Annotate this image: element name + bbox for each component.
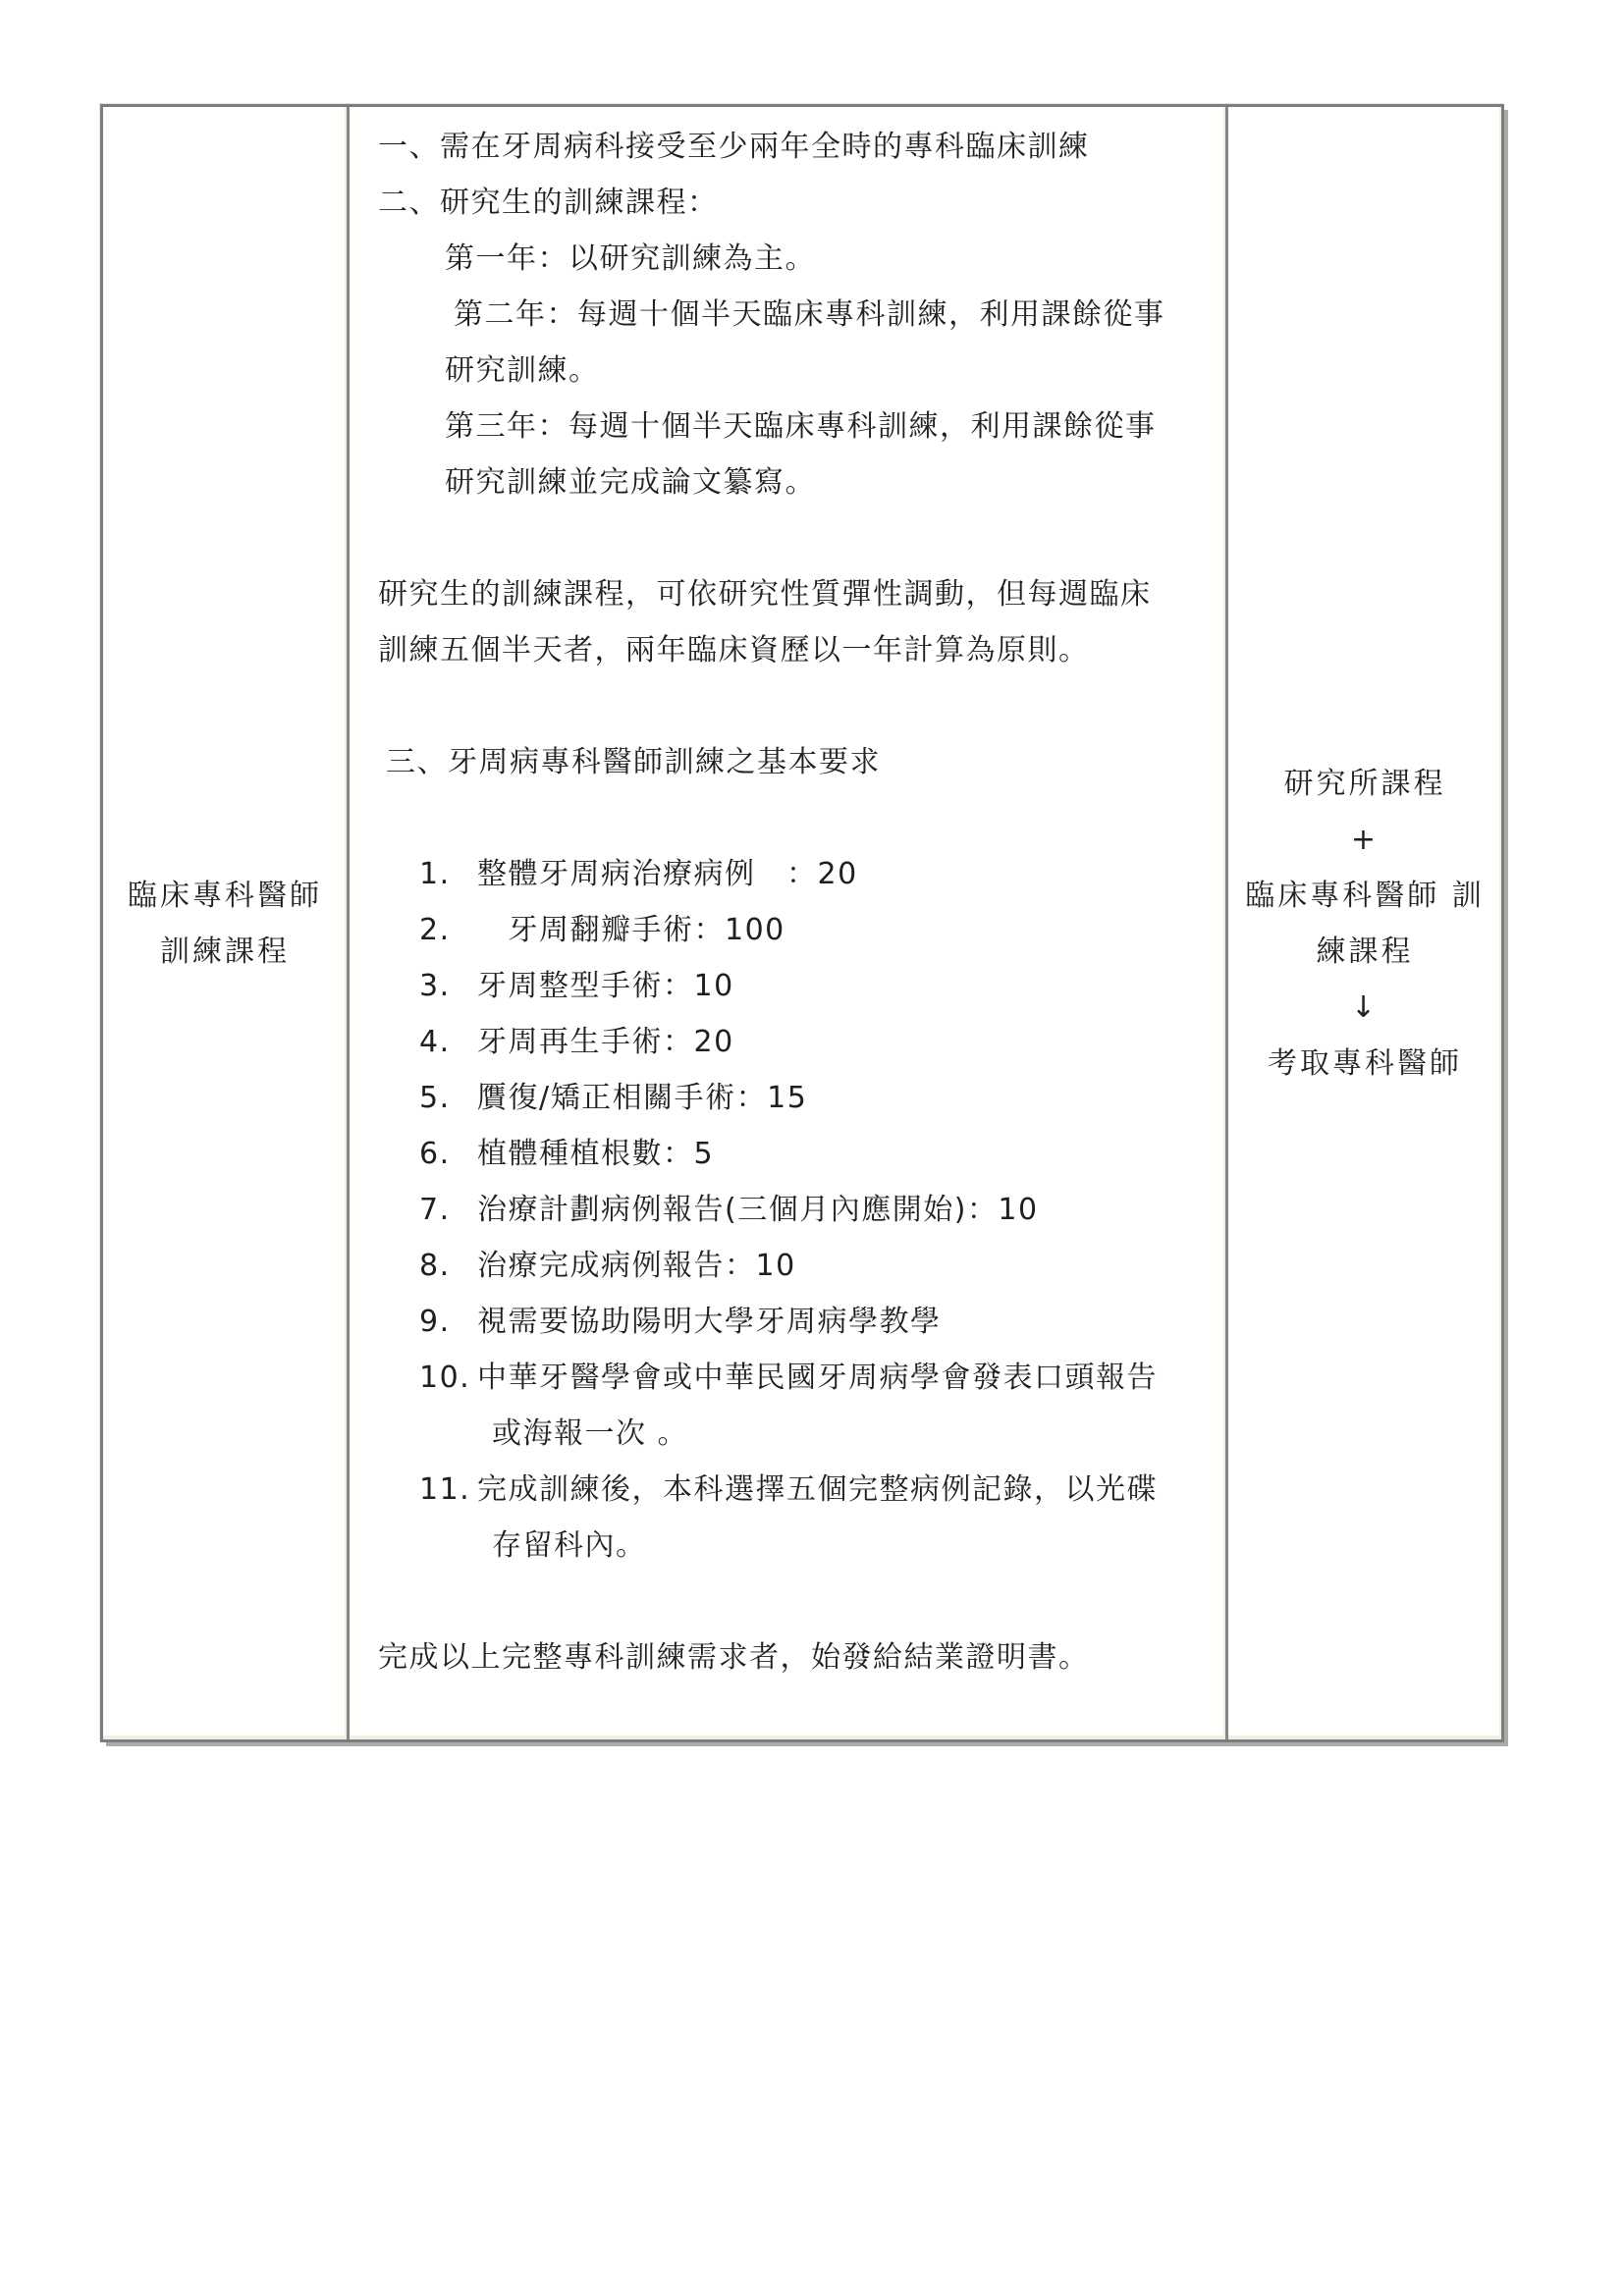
list-item-text: 牙周再生手術：20 xyxy=(477,1014,734,1070)
requirement-item: 8. 治療完成病例報告：10 xyxy=(419,1238,1225,1294)
requirement-item: 6. 植體種植根數：5 xyxy=(419,1126,1225,1182)
list-item-text: 中華牙醫學會或中華民國牙周病學會發表口頭報告 xyxy=(477,1350,1158,1406)
spacer xyxy=(350,790,1225,846)
requirement-item: 1. 整體牙周病治療病例 ：20 xyxy=(419,846,1225,902)
completion-note: 完成以上完整專科訓練需求者，始發給結業證明書。 xyxy=(378,1629,1225,1685)
list-item-number: 6. xyxy=(419,1126,477,1182)
course-name-cell: 臨床專科醫師 訓練課程 xyxy=(103,107,350,1739)
requirement-item-continuation: 或海報一次 。 xyxy=(492,1406,1225,1462)
spacer xyxy=(350,678,1225,734)
list-item-number: 8. xyxy=(419,1238,477,1294)
course-name-line2: 訓練課程 xyxy=(160,924,290,980)
list-item-text: 植體種植根數：5 xyxy=(477,1126,714,1182)
year-3-line: 第三年：每週十個半天臨床專科訓練，利用課餘從事 xyxy=(445,399,1225,454)
requirement-item: 3. 牙周整型手術：10 xyxy=(419,958,1225,1014)
spacer xyxy=(350,1574,1225,1629)
year-2-line: 第二年：每週十個半天臨床專科訓練，利用課餘從事 xyxy=(454,287,1225,343)
spacer xyxy=(350,510,1225,566)
requirement-item: 10. 中華牙醫學會或中華民國牙周病學會發表口頭報告 xyxy=(419,1350,1225,1406)
year-3-continuation: 研究訓練並完成論文纂寫。 xyxy=(445,454,1225,510)
list-item-text: 治療計劃病例報告(三個月內應開始)：10 xyxy=(477,1182,1039,1238)
paragraph-line-1: 研究生的訓練課程，可依研究性質彈性調動，但每週臨床 xyxy=(378,566,1225,622)
document-page: 臨床專科醫師 訓練課程 一、需在牙周病科接受至少兩年全時的專科臨床訓練 二、研究… xyxy=(0,0,1624,2296)
down-arrow-icon: ↓ xyxy=(1351,980,1379,1036)
list-item-text: 贋復/矯正相關手術：15 xyxy=(477,1070,807,1126)
list-item-text: 完成訓練後，本科選擇五個完整病例記錄，以光碟 xyxy=(477,1462,1158,1518)
list-item-text: 整體牙周病治療病例 ：20 xyxy=(477,846,858,902)
list-item-number: 11. xyxy=(419,1462,477,1518)
list-item-number: 4. xyxy=(419,1014,477,1070)
requirement-item-continuation: 存留科內。 xyxy=(492,1518,1225,1574)
clause-1: 一、需在牙周病科接受至少兩年全時的專科臨床訓練 xyxy=(378,119,1225,175)
list-item-text: 牙周整型手術：10 xyxy=(477,958,734,1014)
course-details-cell: 一、需在牙周病科接受至少兩年全時的專科臨床訓練 二、研究生的訓練課程： 第一年：… xyxy=(350,107,1225,1739)
outcome-line-board-certification: 考取專科醫師 xyxy=(1268,1036,1462,1092)
list-item-text: 視需要協助陽明大學牙周病學教學 xyxy=(477,1294,942,1350)
list-item-number: 3. xyxy=(419,958,477,1014)
list-item-number: 5. xyxy=(419,1070,477,1126)
outcome-line-clinical-training-1: 臨床專科醫師 訓 xyxy=(1245,868,1485,924)
requirement-item: 5. 贋復/矯正相關手術：15 xyxy=(419,1070,1225,1126)
outcome-line-clinical-training-2: 練課程 xyxy=(1317,924,1414,980)
list-item-text: 治療完成病例報告：10 xyxy=(477,1238,796,1294)
list-item-number: 9. xyxy=(419,1294,477,1350)
paragraph-line-2: 訓練五個半天者，兩年臨床資歷以一年計算為原則。 xyxy=(378,622,1225,678)
training-course-table: 臨床專科醫師 訓練課程 一、需在牙周病科接受至少兩年全時的專科臨床訓練 二、研究… xyxy=(100,104,1504,1742)
requirement-item: 11. 完成訓練後，本科選擇五個完整病例記錄，以光碟 xyxy=(419,1462,1225,1518)
list-item-number: 1. xyxy=(419,846,477,902)
plus-icon: + xyxy=(1351,812,1379,868)
requirement-item: 9. 視需要協助陽明大學牙周病學教學 xyxy=(419,1294,1225,1350)
requirement-item: 4. 牙周再生手術：20 xyxy=(419,1014,1225,1070)
year-2-continuation: 研究訓練。 xyxy=(445,343,1225,399)
clause-3-heading: 三、牙周病專科醫師訓練之基本要求 xyxy=(386,734,1225,790)
requirement-item: 2. 牙周翻瓣手術：100 xyxy=(419,902,1225,958)
list-item-number: 2. xyxy=(419,902,477,958)
list-item-text: 牙周翻瓣手術：100 xyxy=(477,902,785,958)
list-item-number: 10. xyxy=(419,1350,477,1406)
list-item-number: 7. xyxy=(419,1182,477,1238)
year-1-line: 第一年：以研究訓練為主。 xyxy=(445,231,1225,287)
course-name-line1: 臨床專科醫師 xyxy=(128,868,322,924)
course-outcome-cell: 研究所課程 + 臨床專科醫師 訓 練課程 ↓ 考取專科醫師 xyxy=(1225,107,1501,1739)
outcome-line-graduate-courses: 研究所課程 xyxy=(1284,756,1446,812)
requirement-item: 7. 治療計劃病例報告(三個月內應開始)：10 xyxy=(419,1182,1225,1238)
clause-2: 二、研究生的訓練課程： xyxy=(378,175,1225,231)
